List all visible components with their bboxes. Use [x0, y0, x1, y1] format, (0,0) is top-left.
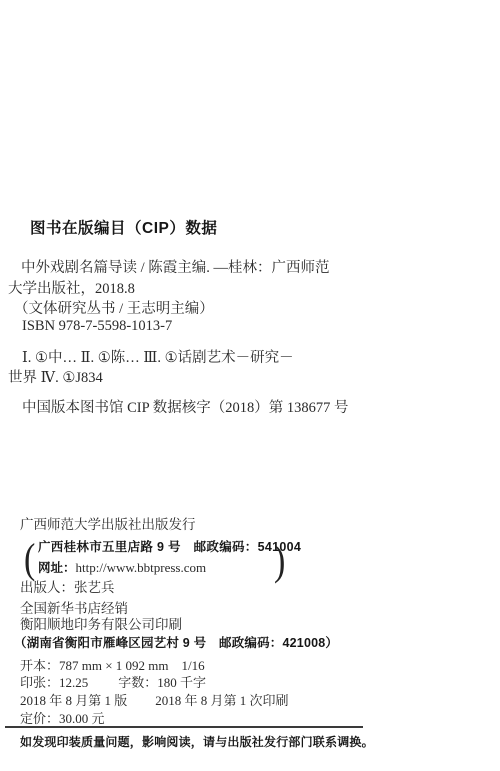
cip-entry-line-2: 大学出版社，2018.8	[8, 277, 135, 298]
cip-series-line: （文体研究丛书 / 王志明主编）	[14, 297, 214, 318]
sheets-wordcount-line: 印张：12.25字数：180 千字	[20, 672, 206, 691]
wordcount-label: 字数：180 千字	[118, 675, 206, 690]
price-line: 定价：30.00 元	[20, 708, 105, 727]
cip-entry-line-1: 中外戏剧名篇导读 / 陈霞主编. —桂林：广西师范	[21, 256, 330, 277]
website-line: 网址：http://www.bbtpress.com	[38, 558, 206, 576]
quality-notice: 如发现印装质量问题，影响阅读，请与出版社发行部门联系调换。	[20, 733, 374, 750]
website-url: http://www.bbtpress.com	[76, 560, 207, 575]
printing-label: 2018 年 8 月第 1 次印刷	[155, 693, 288, 708]
sheets-label: 印张：12.25	[20, 675, 88, 690]
isbn-number: ISBN 978-7-5598-1013-7	[22, 318, 172, 335]
big-close-paren: )	[274, 538, 285, 586]
website-label: 网址：	[38, 561, 76, 575]
cip-subject-line-1: Ⅰ. ①中… Ⅱ. ①陈… Ⅲ. ①话剧艺术－研究－	[22, 346, 294, 367]
cip-header: 图书在版编目（CIP）数据	[30, 216, 217, 238]
printer-address: （湖南省衡阳市雁峰区园艺村 9 号 邮政编码：421008）	[14, 633, 338, 651]
cip-subject-line-2: 世界 Ⅳ. ①J834	[8, 366, 103, 387]
issuer-line: 出版人：张艺兵	[20, 576, 115, 596]
cip-record-number: 中国版本图书馆 CIP 数据核字（2018）第 138677 号	[22, 396, 349, 417]
edition-label: 2018 年 8 月第 1 版	[20, 693, 127, 708]
divider-rule	[5, 726, 363, 728]
edition-printing-line: 2018 年 8 月第 1 版2018 年 8 月第 1 次印刷	[20, 690, 289, 709]
publisher-address: 广西桂林市五里店路 9 号 邮政编码：541004	[38, 537, 301, 555]
printer-line: 衡阳顺地印务有限公司印刷	[20, 613, 182, 633]
copyright-page: 图书在版编目（CIP）数据 中外戏剧名篇导读 / 陈霞主编. —桂林：广西师范 …	[0, 0, 500, 771]
publisher-line: 广西师范大学出版社出版发行	[20, 513, 196, 533]
